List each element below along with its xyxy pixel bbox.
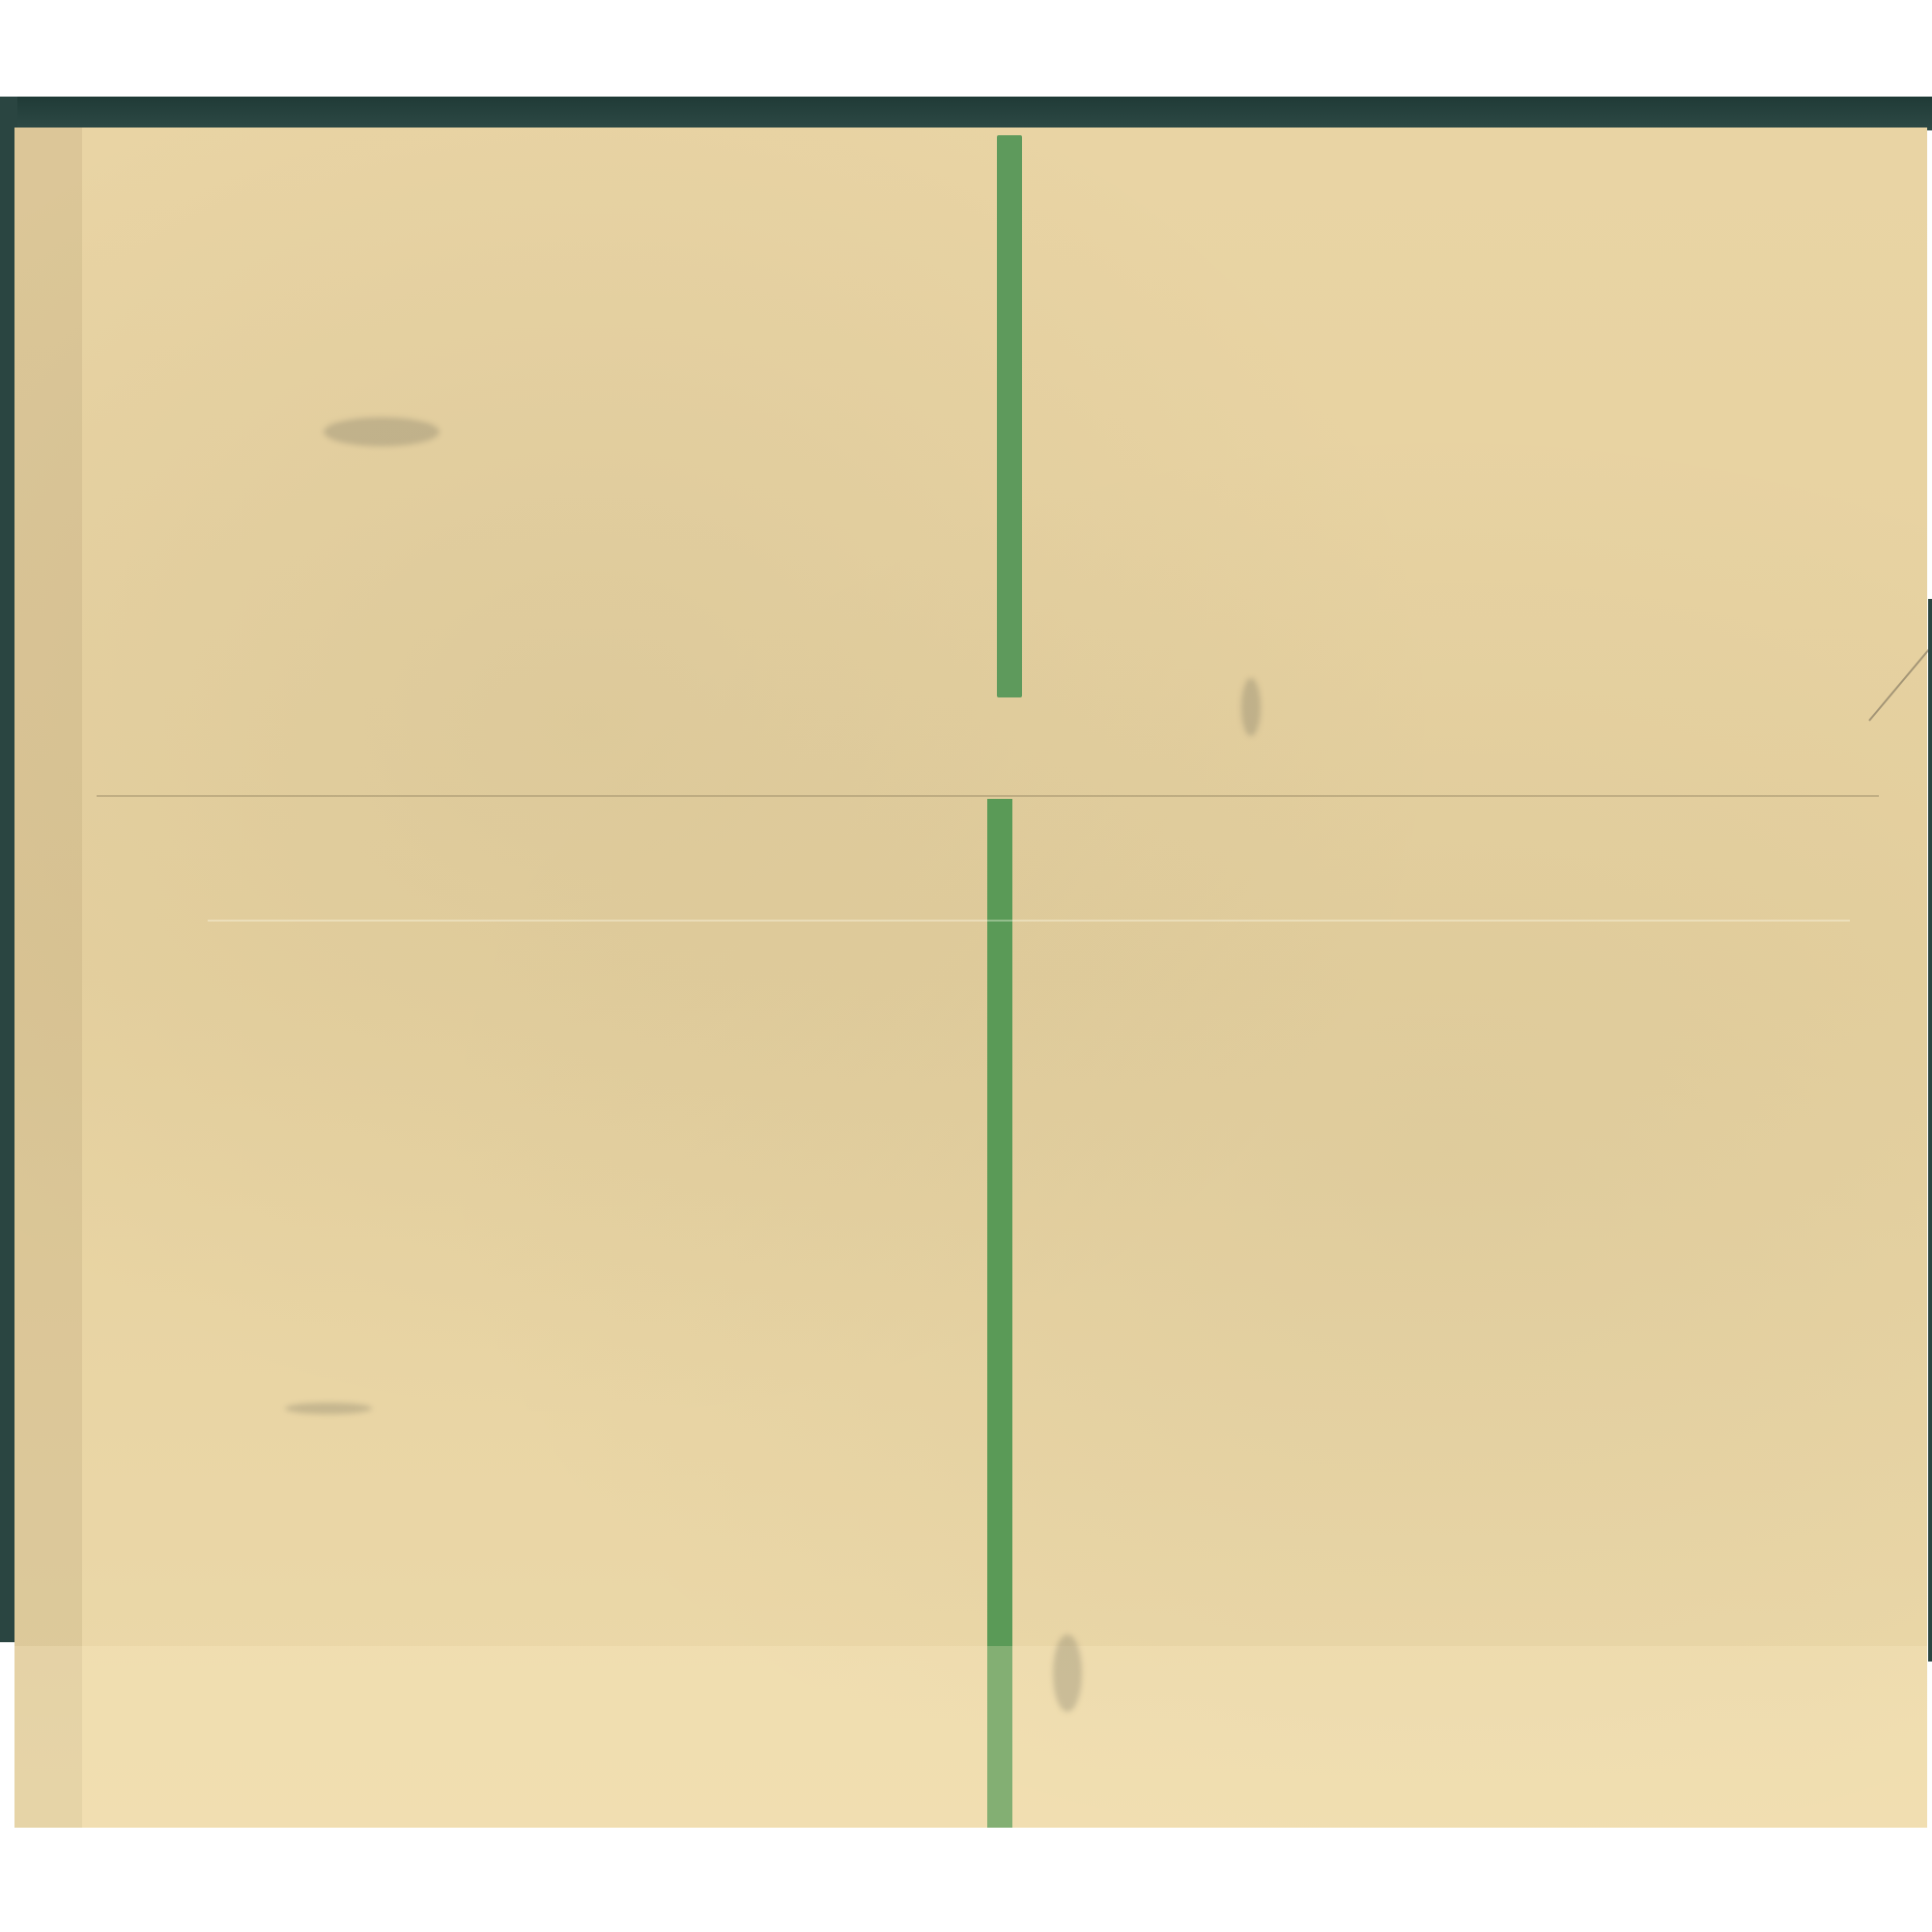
bottom-fold-band: [14, 1646, 1927, 1828]
envelope-back: [14, 128, 1927, 1828]
scanner-backdrop-top: [0, 97, 1932, 130]
ink-smudge: [324, 417, 440, 446]
scanner-backdrop-right: [1928, 599, 1932, 1662]
green-registration-stripe-flap: [997, 135, 1022, 697]
envelope-side-fold: [14, 128, 82, 1828]
flap-edge-line: [97, 795, 1879, 797]
paper-crease: [208, 920, 1850, 922]
flap-corner-cut: [1868, 639, 1932, 722]
ink-smudge: [1053, 1634, 1082, 1712]
ink-smudge: [1241, 678, 1261, 736]
ink-smudge: [285, 1403, 372, 1414]
